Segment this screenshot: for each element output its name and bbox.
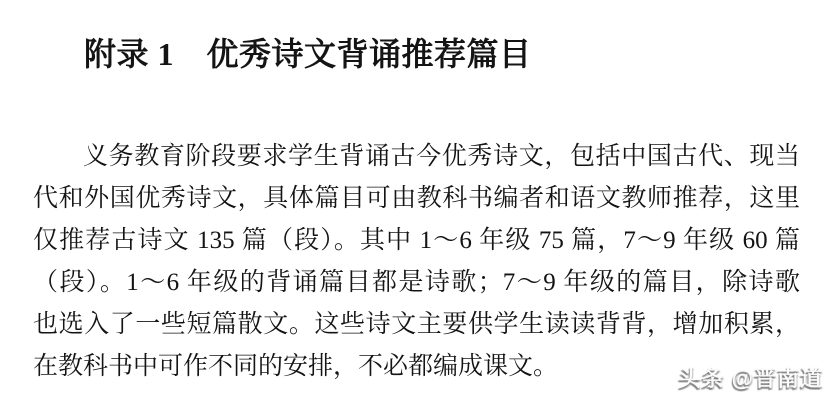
paragraph: 义务教育阶段要求学生背诵古今优秀诗文，包括中国古代、现当 代和外国优秀诗文，具体… [33,136,800,388]
page-title: 附录 1 优秀诗文背诵推荐篇目 [84,34,532,74]
paragraph-line: 也选入了一些短篇散文。这些诗文主要供学生读读背背，增加积累， [33,304,800,346]
paragraph-line: 义务教育阶段要求学生背诵古今优秀诗文，包括中国古代、现当 [33,136,800,178]
paragraph-line: （段）。1～6 年级的背诵篇目都是诗歌；7～9 年级的篇目，除诗歌外， [33,262,800,304]
toutiao-watermark: 头条 @晋南道 [678,362,823,393]
paragraph-line: 仅推荐古诗文 135 篇（段）。其中 1～6 年级 75 篇，7～9 年级 60… [33,220,800,262]
document-page: 附录 1 优秀诗文背诵推荐篇目 义务教育阶段要求学生背诵古今优秀诗文，包括中国古… [0,0,830,400]
paragraph-line: 代和外国优秀诗文，具体篇目可由教科书编者和语文教师推荐，这里 [33,178,800,220]
